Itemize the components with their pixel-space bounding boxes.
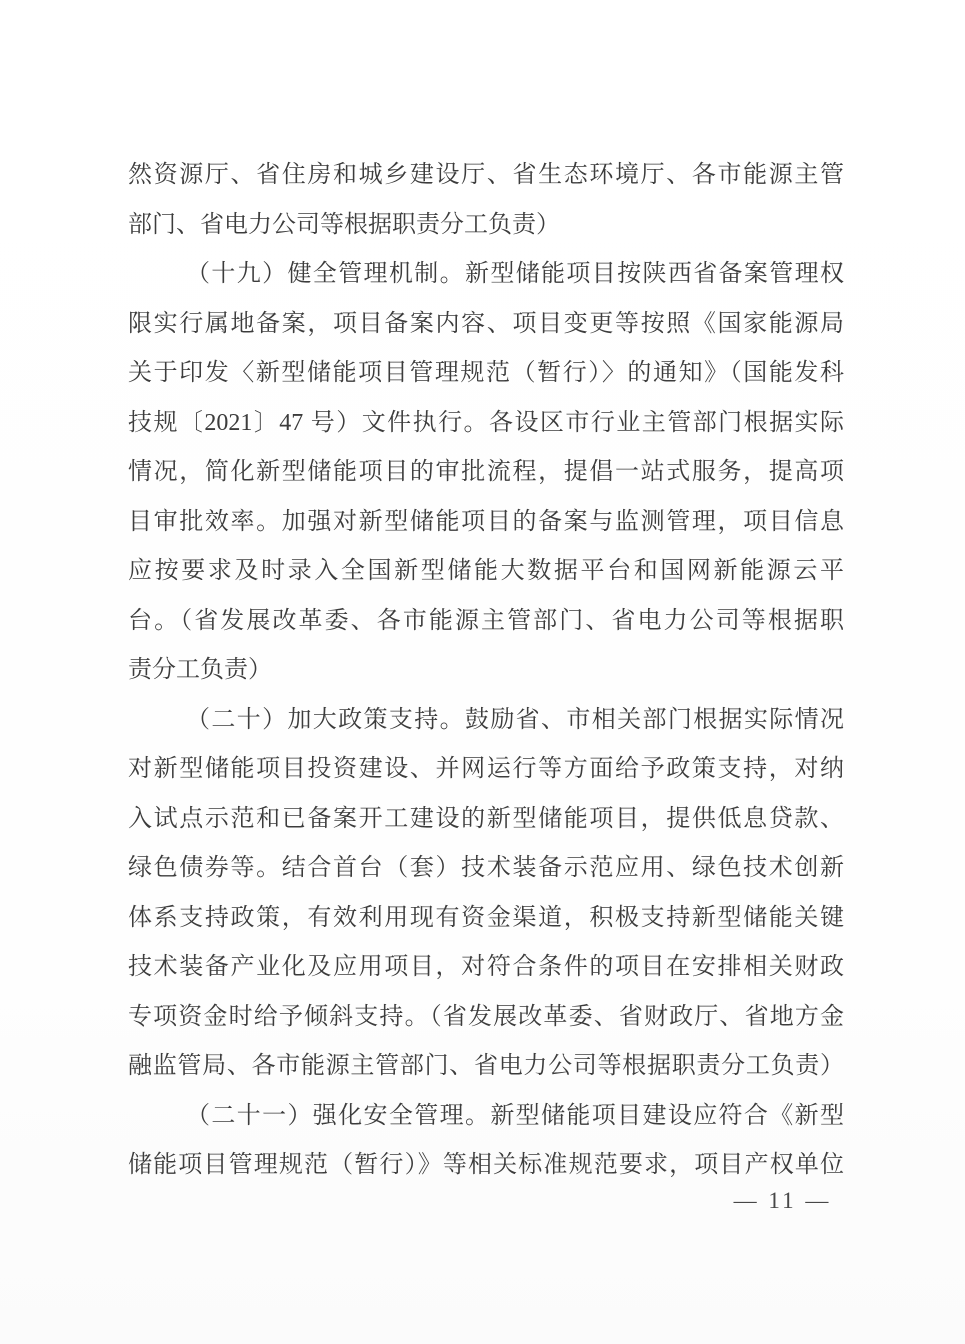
text-line: 目审批效率。加强对新型储能项目的备案与监测管理，项目信息 [128, 498, 844, 548]
document-body: 然资源厅、省住房和城乡建设厅、省生态环境厅、各市能源主管 部门、省电力公司等根据… [128, 151, 844, 1191]
text-line: 专项资金时给予倾斜支持。（省发展改革委、省财政厅、省地方金 [128, 993, 844, 1043]
text-line: 体系支持政策，有效利用现有资金渠道，积极支持新型储能关键 [128, 894, 844, 944]
text-line: 融监管局、各市能源主管部门、省电力公司等根据职责分工负责） [128, 1042, 844, 1092]
text-line: 应按要求及时录入全国新型储能大数据平台和国网新能源云平 [128, 547, 844, 597]
text-line: 台。（省发展改革委、各市能源主管部门、省电力公司等根据职 [128, 597, 844, 647]
page-number: — 11 — [700, 1183, 865, 1219]
text-line-section-21-start: （二十一）强化安全管理。新型储能项目建设应符合《新型 [128, 1092, 844, 1142]
text-line: 责分工负责） [128, 646, 844, 696]
text-line: 限实行属地备案，项目备案内容、项目变更等按照《国家能源局 [128, 300, 844, 350]
text-line: 情况，简化新型储能项目的审批流程，提倡一站式服务，提高项 [128, 448, 844, 498]
text-line-section-19-start: （十九）健全管理机制。新型储能项目按陕西省备案管理权 [128, 250, 844, 300]
text-line: 入试点示范和已备案开工建设的新型储能项目，提供低息贷款、 [128, 795, 844, 845]
text-line: 关于印发〈新型储能项目管理规范（暂行）〉的通知》（国能发科 [128, 349, 844, 399]
text-line: 技规〔2021〕47 号）文件执行。各设区市行业主管部门根据实际 [128, 399, 844, 449]
text-line: 技术装备产业化及应用项目，对符合条件的项目在安排相关财政 [128, 943, 844, 993]
text-line: 部门、省电力公司等根据职责分工负责） [128, 201, 844, 251]
text-line-section-20-start: （二十）加大政策支持。鼓励省、市相关部门根据实际情况 [128, 696, 844, 746]
text-line: 然资源厅、省住房和城乡建设厅、省生态环境厅、各市能源主管 [128, 151, 844, 201]
text-line: 绿色债券等。结合首台（套）技术装备示范应用、绿色技术创新 [128, 844, 844, 894]
scanned-document-page: 然资源厅、省住房和城乡建设厅、省生态环境厅、各市能源主管 部门、省电力公司等根据… [0, 0, 965, 1344]
text-line: 对新型储能项目投资建设、并网运行等方面给予政策支持，对纳 [128, 745, 844, 795]
